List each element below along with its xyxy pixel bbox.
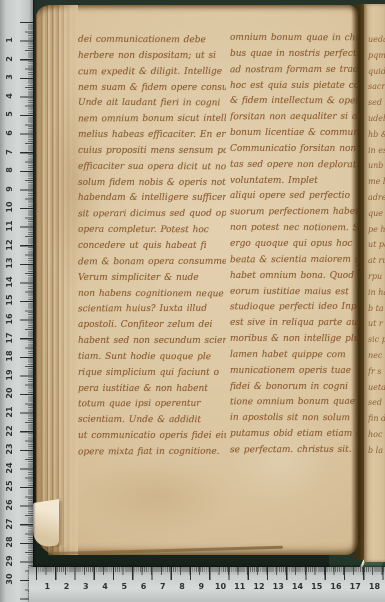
- manuscript-line: concedere ut quis habeat fi: [78, 239, 226, 255]
- ruler-number: 3: [3, 70, 17, 84]
- ruler-number: 25: [3, 479, 17, 493]
- ruler-number: 16: [3, 312, 17, 326]
- ruler-number: 23: [3, 442, 17, 456]
- ruler-number: 21: [3, 405, 17, 419]
- manuscript-line: putamus obid etiam etiam et: [230, 427, 360, 443]
- manuscript-line: voluntatem. Implet: [230, 174, 360, 190]
- manuscript-line: aliqui opere sed perfectio: [230, 189, 360, 205]
- manuscript-line: non potest nec notionem. Sed: [230, 221, 360, 237]
- manuscript-line: herbere non dispositam; ut si: [78, 49, 226, 65]
- manuscript-line: nem suam & fidem opere consum: [78, 81, 226, 97]
- facing-fragment-line: rpu: [368, 269, 385, 285]
- page-corner-curl: [33, 499, 59, 549]
- ruler-number: 15: [3, 293, 17, 307]
- ruler-number: 18: [367, 582, 383, 591]
- ruler-number: 29: [3, 554, 17, 568]
- ruler-number: 7: [155, 582, 171, 591]
- facing-fragment-line: ueta: [368, 380, 385, 396]
- manuscript-line: melius habeas efficaciter. En ergo: [78, 128, 226, 144]
- ruler-number: 14: [3, 275, 17, 289]
- ruler-number: 2: [59, 582, 75, 591]
- facing-fragment-line: sed b: [368, 95, 385, 111]
- facing-fragment-line: que f: [368, 206, 385, 222]
- manuscript-line: totum quae ipsi operentur: [78, 397, 226, 413]
- facing-fragment-line: pqm: [368, 48, 385, 64]
- facing-fragment-line: in est: [368, 143, 385, 159]
- ruler-number: 17: [347, 582, 363, 591]
- manuscript-line: scientiam. Unde & addidit: [78, 413, 226, 429]
- facing-fragment-line: sacra: [368, 79, 385, 95]
- facing-fragment-line: ut r: [368, 316, 385, 332]
- facing-fragment-line: b la: [368, 443, 385, 459]
- text-column-left: dei communicationem debeherbere non disp…: [78, 33, 226, 465]
- manuscript-line: & fidem intellectum & operis sed: [230, 94, 360, 110]
- ruler-number: 11: [232, 582, 248, 591]
- facing-fragment-line: ut pa: [368, 237, 385, 253]
- facing-fragment-line: at ru: [368, 253, 385, 269]
- manuscript-photo: dei communicationem debeherbere non disp…: [0, 0, 385, 602]
- under-leaf-edge: [48, 545, 283, 554]
- ruler-number: 4: [97, 582, 113, 591]
- facing-fragment-line: fr s: [368, 364, 385, 380]
- facing-fragment-line: hb &: [368, 127, 385, 143]
- ruler-number: 2: [3, 52, 17, 66]
- facing-fragment-line: b ta: [368, 301, 385, 317]
- manuscript-line: studioque perfecti ideo Inpar: [230, 300, 360, 316]
- ruler-number: 8: [174, 582, 190, 591]
- manuscript-line: in apostolis sit non solum: [230, 411, 360, 427]
- manuscript-line: apostoli. Confiteor zelum dei: [78, 318, 226, 334]
- manuscript-line: hoc est quia suis pietate cooperante: [230, 79, 360, 95]
- facing-fragment-line: sic p: [368, 332, 385, 348]
- ruler-number: 13: [3, 256, 17, 270]
- manuscript-line: ad nostram formam se tradendi: [230, 62, 360, 78]
- facing-fragment-line: pe h: [368, 222, 385, 238]
- manuscript-line: forsitan non aequaliter si autem: [230, 110, 360, 126]
- manuscript-line: non habens cognitionem neque: [78, 286, 226, 302]
- manuscript-line: opere mixta fiat in cognitione.: [78, 445, 226, 461]
- ruler-number: 5: [116, 582, 132, 591]
- manuscript-line: bus quae in nostris perfectis habet: [230, 47, 360, 63]
- manuscript-line: sit operari dicimus sed quod operatur: [78, 207, 226, 223]
- facing-fragment-line: udel: [368, 111, 385, 127]
- manuscript-line: est sive in reliqua parte aut: [230, 316, 360, 332]
- ruler-number: 9: [3, 182, 17, 196]
- manuscript-line: moribus & non intellige plu: [230, 332, 360, 348]
- ruler-number: 10: [3, 200, 17, 214]
- ruler-number: 9: [193, 582, 209, 591]
- manuscript-line: se perfectam. christus sit.: [230, 443, 360, 459]
- manuscript-line: pera iustitiae & non habent: [78, 382, 226, 398]
- manuscript-line: habent sed non secundum scien: [78, 334, 226, 350]
- facing-fragment-line: in ha: [368, 285, 385, 301]
- manuscript-line: municationem operis tuae: [230, 364, 360, 380]
- manuscript-line: habendam & intelligere sufficere pos: [78, 191, 226, 207]
- facing-fragment-line: me lo: [368, 174, 385, 190]
- ruler-number: 1: [3, 33, 17, 47]
- manuscript-line: Communicatio forsitan non inani: [230, 142, 360, 158]
- ruler-number: 24: [3, 461, 17, 475]
- horizontal-ruler-ticks: [36, 567, 385, 580]
- ruler-number: 5: [3, 107, 17, 121]
- ruler-number: 18: [3, 349, 17, 363]
- manuscript-line: tiam. Sunt hodie quoque ple: [78, 350, 226, 366]
- manuscript-line: nem omnium bonum sicut intelligo: [78, 112, 226, 128]
- vertical-cm-ruler: 1234567891011121314151617181920212223242…: [0, 0, 33, 602]
- facing-fragment-line: hoc: [368, 427, 385, 443]
- ruler-number: 12: [251, 582, 267, 591]
- manuscript-line: dei communicationem debe: [78, 33, 226, 49]
- manuscript-line: efficaciter sua opera dicit ut non: [78, 159, 226, 175]
- text-column-right: omnium bonum quae in christobus quae in …: [230, 31, 360, 467]
- manuscript-line: dem & bonam opera consummet.: [78, 254, 226, 270]
- manuscript-line: Unde ait laudant fieri in cogni: [78, 96, 226, 112]
- facing-fragment-line: quid: [368, 64, 385, 80]
- ruler-number: 11: [3, 219, 17, 233]
- ruler-number: 1: [39, 582, 55, 591]
- manuscript-line: tione omnium bonum quae autem: [230, 395, 360, 411]
- manuscript-line: cuius propositi mens sensum potest: [78, 144, 226, 160]
- manuscript-line: scientiam huius? Iuxta illud: [78, 302, 226, 318]
- manuscript-page: dei communicationem debeherbere non disp…: [36, 5, 358, 555]
- manuscript-line: bonum licentiae & communicatio.: [230, 126, 360, 142]
- manuscript-line: beata & scientia maiorem sed non: [230, 253, 360, 269]
- vertical-ruler-ticks: [20, 22, 33, 602]
- ruler-number: 27: [3, 517, 17, 531]
- ruler-number: 20: [3, 386, 17, 400]
- ruler-number: 19: [3, 368, 17, 382]
- manuscript-line: lamen habet quippe com: [230, 348, 360, 364]
- ruler-number: 6: [136, 582, 152, 591]
- manuscript-line: ergo quoque qui opus hoc: [230, 237, 360, 253]
- manuscript-line: suorum perfectionem habetis: [230, 205, 360, 221]
- ruler-number: 17: [3, 331, 17, 345]
- facing-fragment-line: unb: [368, 158, 385, 174]
- manuscript-line: cum expedit & diligit. Intellige: [78, 64, 226, 80]
- ruler-number: 16: [328, 582, 344, 591]
- facing-fragment-line: nec d: [368, 348, 385, 364]
- manuscript-line: ut communicatio operis fidei eius: [78, 429, 226, 445]
- ruler-number: 3: [78, 582, 94, 591]
- ruler-number: 14: [290, 582, 306, 591]
- ruler-number: 15: [309, 582, 325, 591]
- facing-page-text-fragments: uedapqmquidsacrased budelhb &in estunbme…: [368, 32, 385, 459]
- ruler-number: 4: [3, 89, 17, 103]
- facing-page-edge: uedapqmquidsacrased budelhb &in estunbme…: [364, 4, 385, 562]
- ruler-number: 12: [3, 238, 17, 252]
- ruler-number: 8: [3, 163, 17, 177]
- ruler-number: 26: [3, 498, 17, 512]
- manuscript-line: solum fidem nobis & operis notitiam: [78, 176, 226, 192]
- facing-fragment-line: sed n: [368, 395, 385, 411]
- manuscript-line: fidei & bonorum in cogni: [230, 380, 360, 396]
- manuscript-line: habet omnium bona. Quod in re: [230, 269, 360, 285]
- horizontal-cm-ruler: 123456789101112131415161718: [29, 567, 385, 602]
- ruler-number: 7: [3, 145, 17, 159]
- ruler-number: 10: [213, 582, 229, 591]
- facing-fragment-line: adre: [368, 190, 385, 206]
- page-left-edge-leaves: [36, 5, 78, 555]
- manuscript-line: omnium bonum quae in christo: [230, 31, 360, 47]
- ruler-number: 6: [3, 126, 17, 140]
- facing-fragment-line: fin d: [368, 411, 385, 427]
- manuscript-line: opera completur. Potest hoc: [78, 223, 226, 239]
- ruler-number: 28: [3, 535, 17, 549]
- manuscript-line: Verum simpliciter & nude: [78, 271, 226, 287]
- manuscript-line: tas sed opere non deplorat: [230, 158, 360, 174]
- ruler-number: 30: [3, 572, 17, 586]
- facing-fragment-line: ueda: [368, 32, 385, 48]
- ruler-number: 13: [270, 582, 286, 591]
- ruler-number: 22: [3, 424, 17, 438]
- manuscript-line: eorum iustitiae maius est: [230, 284, 360, 300]
- manuscript-line: rique simplicium qui faciunt o: [78, 366, 226, 382]
